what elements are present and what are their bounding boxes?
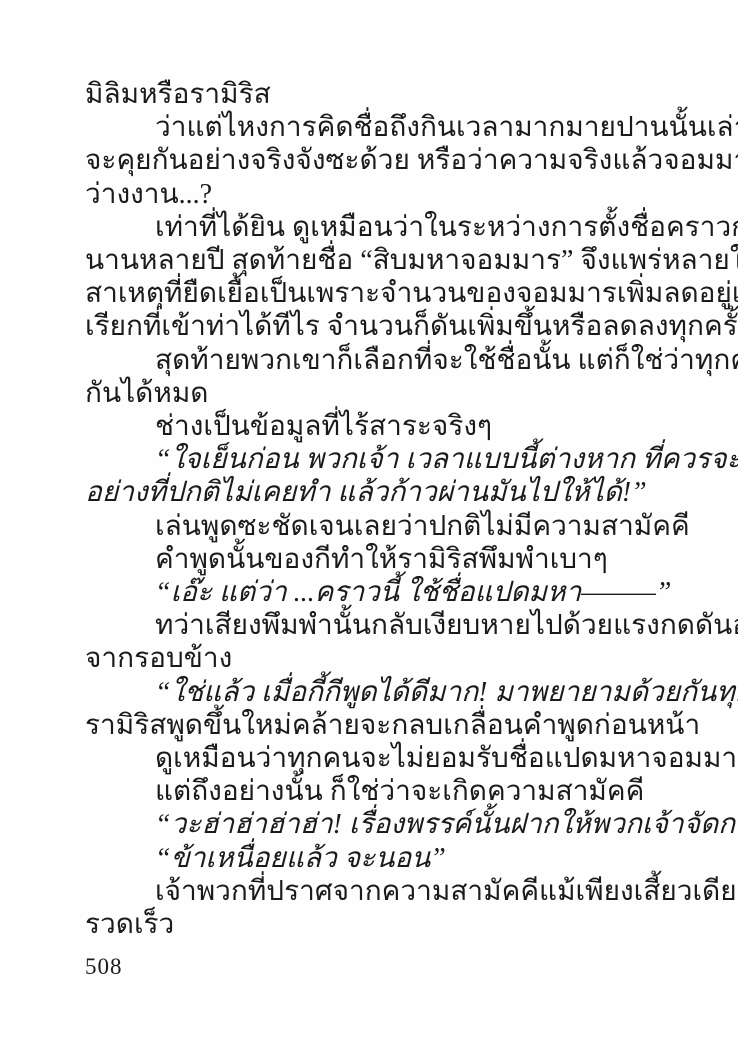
text-line: ว่าแต่ไหงการคิดชื่อถึงกินเวลามากมายปานนั… bbox=[85, 111, 710, 144]
text-line: “วะฮ่าฮ่าฮ่าฮ่า! เรื่องพรรค์นั้นฝากให้พว… bbox=[85, 808, 710, 841]
text-line: “ข้าเหนื่อยแล้ว จะนอน” bbox=[85, 842, 710, 875]
text-line: สุดท้ายพวกเขาก็เลือกที่จะใช้ชื่อนั้น แต่… bbox=[85, 344, 710, 377]
page-number: 508 bbox=[85, 953, 123, 981]
text-line: เรียกที่เข้าท่าได้ทีไร จำนวนก็ดันเพิ่มขึ… bbox=[85, 310, 710, 343]
text-line: กันได้หมด bbox=[85, 377, 710, 410]
text-line: “เอ๊ะ แต่ว่า ...คราวนี้ ใช้ชื่อแปดมหา———… bbox=[85, 576, 710, 609]
text-line: “ใช่แล้ว เมื่อกี้กีพูดได้ดีมาก! มาพยายาม… bbox=[85, 676, 710, 709]
text-line: มิลิมหรือรามิริส bbox=[85, 78, 710, 111]
text-line: ว่างงาน...? bbox=[85, 178, 710, 211]
text-line: ดูเหมือนว่าทุกคนจะไม่ยอมรับชื่อแปดมหาจอม… bbox=[85, 742, 710, 775]
text-line: สาเหตุที่ยืดเยื้อเป็นเพราะจำนวนของจอมมาร… bbox=[85, 277, 710, 310]
text-line: อย่างที่ปกติไม่เคยทำ แล้วก้าวผ่านมันไปให… bbox=[85, 476, 710, 509]
text-line: เล่นพูดซะชัดเจนเลยว่าปกติไม่มีความสามัคค… bbox=[85, 510, 710, 543]
text-line: “ใจเย็นก่อน พวกเจ้า เวลาแบบนี้ต่างหาก ที… bbox=[85, 443, 710, 476]
text-line: เท่าที่ได้ยิน ดูเหมือนว่าในระหว่างการตั้… bbox=[85, 211, 710, 244]
text-line: ช่างเป็นข้อมูลที่ไร้สาระจริงๆ bbox=[85, 410, 710, 443]
text-line: ทว่าเสียงพึมพำนั้นกลับเงียบหายไปด้วยแรงก… bbox=[85, 609, 710, 642]
text-line: นานหลายปี สุดท้ายชื่อ “สิบมหาจอมมาร” จึง… bbox=[85, 244, 710, 277]
text-line: แต่ถึงอย่างนั้น ก็ใช่ว่าจะเกิดความสามัคค… bbox=[85, 775, 710, 808]
text-line: จะคุยกันอย่างจริงจังซะด้วย หรือว่าความจร… bbox=[85, 144, 710, 177]
text-line: จากรอบข้าง bbox=[85, 642, 710, 675]
text-line: คำพูดนั้นของกีทำให้รามิริสพึมพำเบาๆ bbox=[85, 543, 710, 576]
text-block: มิลิมหรือรามิริสว่าแต่ไหงการคิดชื่อถึงกิ… bbox=[85, 78, 710, 941]
text-line: รามิริสพูดขึ้นใหม่คล้ายจะกลบเกลื่อนคำพูด… bbox=[85, 709, 710, 742]
text-line: รวดเร็ว bbox=[85, 908, 710, 941]
book-page: มิลิมหรือรามิริสว่าแต่ไหงการคิดชื่อถึงกิ… bbox=[0, 0, 738, 1051]
text-line: เจ้าพวกที่ปราศจากความสามัคคีแม้เพียงเสี้… bbox=[85, 875, 710, 908]
